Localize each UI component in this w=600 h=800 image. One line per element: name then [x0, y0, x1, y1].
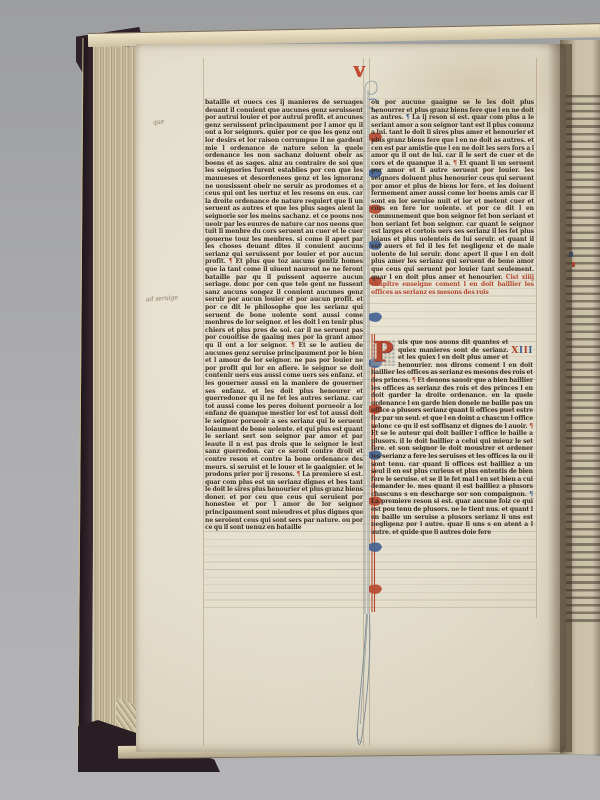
- drop-cap-initial: P: [371, 340, 395, 366]
- manuscript-photo: V que ad seruige bataille et ouecs ces i…: [0, 0, 600, 800]
- right-lower-text: uis que nos auons dit quantes et quiex m…: [371, 339, 533, 536]
- text-segment: Et quant li un seruent por amor et li au…: [371, 160, 534, 281]
- ruling-vertical-line: [536, 58, 537, 618]
- text-segment: I: [528, 346, 533, 356]
- text-segment: Et plus que toz aucuns gentiz homes que …: [205, 258, 363, 349]
- text-column-right-lower: P XIII uis que nos auons dit quantes et …: [371, 339, 533, 602]
- text-segment: La premiere si est. quar com plus est un…: [205, 471, 363, 531]
- text-segment: Et se le autieu de aucunes genz seruise …: [205, 342, 363, 478]
- text-column-right-upper: ou por aucune gaaigne se le les doit plu…: [371, 99, 534, 339]
- page-edges-stack: [93, 44, 140, 750]
- gutter-shade-facing: [560, 40, 576, 754]
- text-segment: ¶: [529, 423, 533, 430]
- chapter-number: XIII: [511, 347, 533, 356]
- text-segment: Et deuons sauoir que a bien baillier les…: [371, 377, 533, 430]
- text-segment: bataille et ouecs ces ij manieres de ser…: [205, 99, 363, 265]
- right-edge-vignette: [592, 40, 600, 756]
- text-segment: X: [511, 346, 518, 356]
- ruling-vertical-line: [203, 58, 204, 746]
- text-segment: La premiere reson si est. quar aucune fo…: [371, 498, 533, 535]
- text-segment: ¶: [529, 491, 533, 498]
- text-column-left: bataille et ouecs ces ij manieres de ser…: [205, 99, 363, 613]
- text-segment: Et se le auteur qui doit bailler l offic…: [371, 430, 533, 498]
- marginal-note: que: [153, 119, 165, 127]
